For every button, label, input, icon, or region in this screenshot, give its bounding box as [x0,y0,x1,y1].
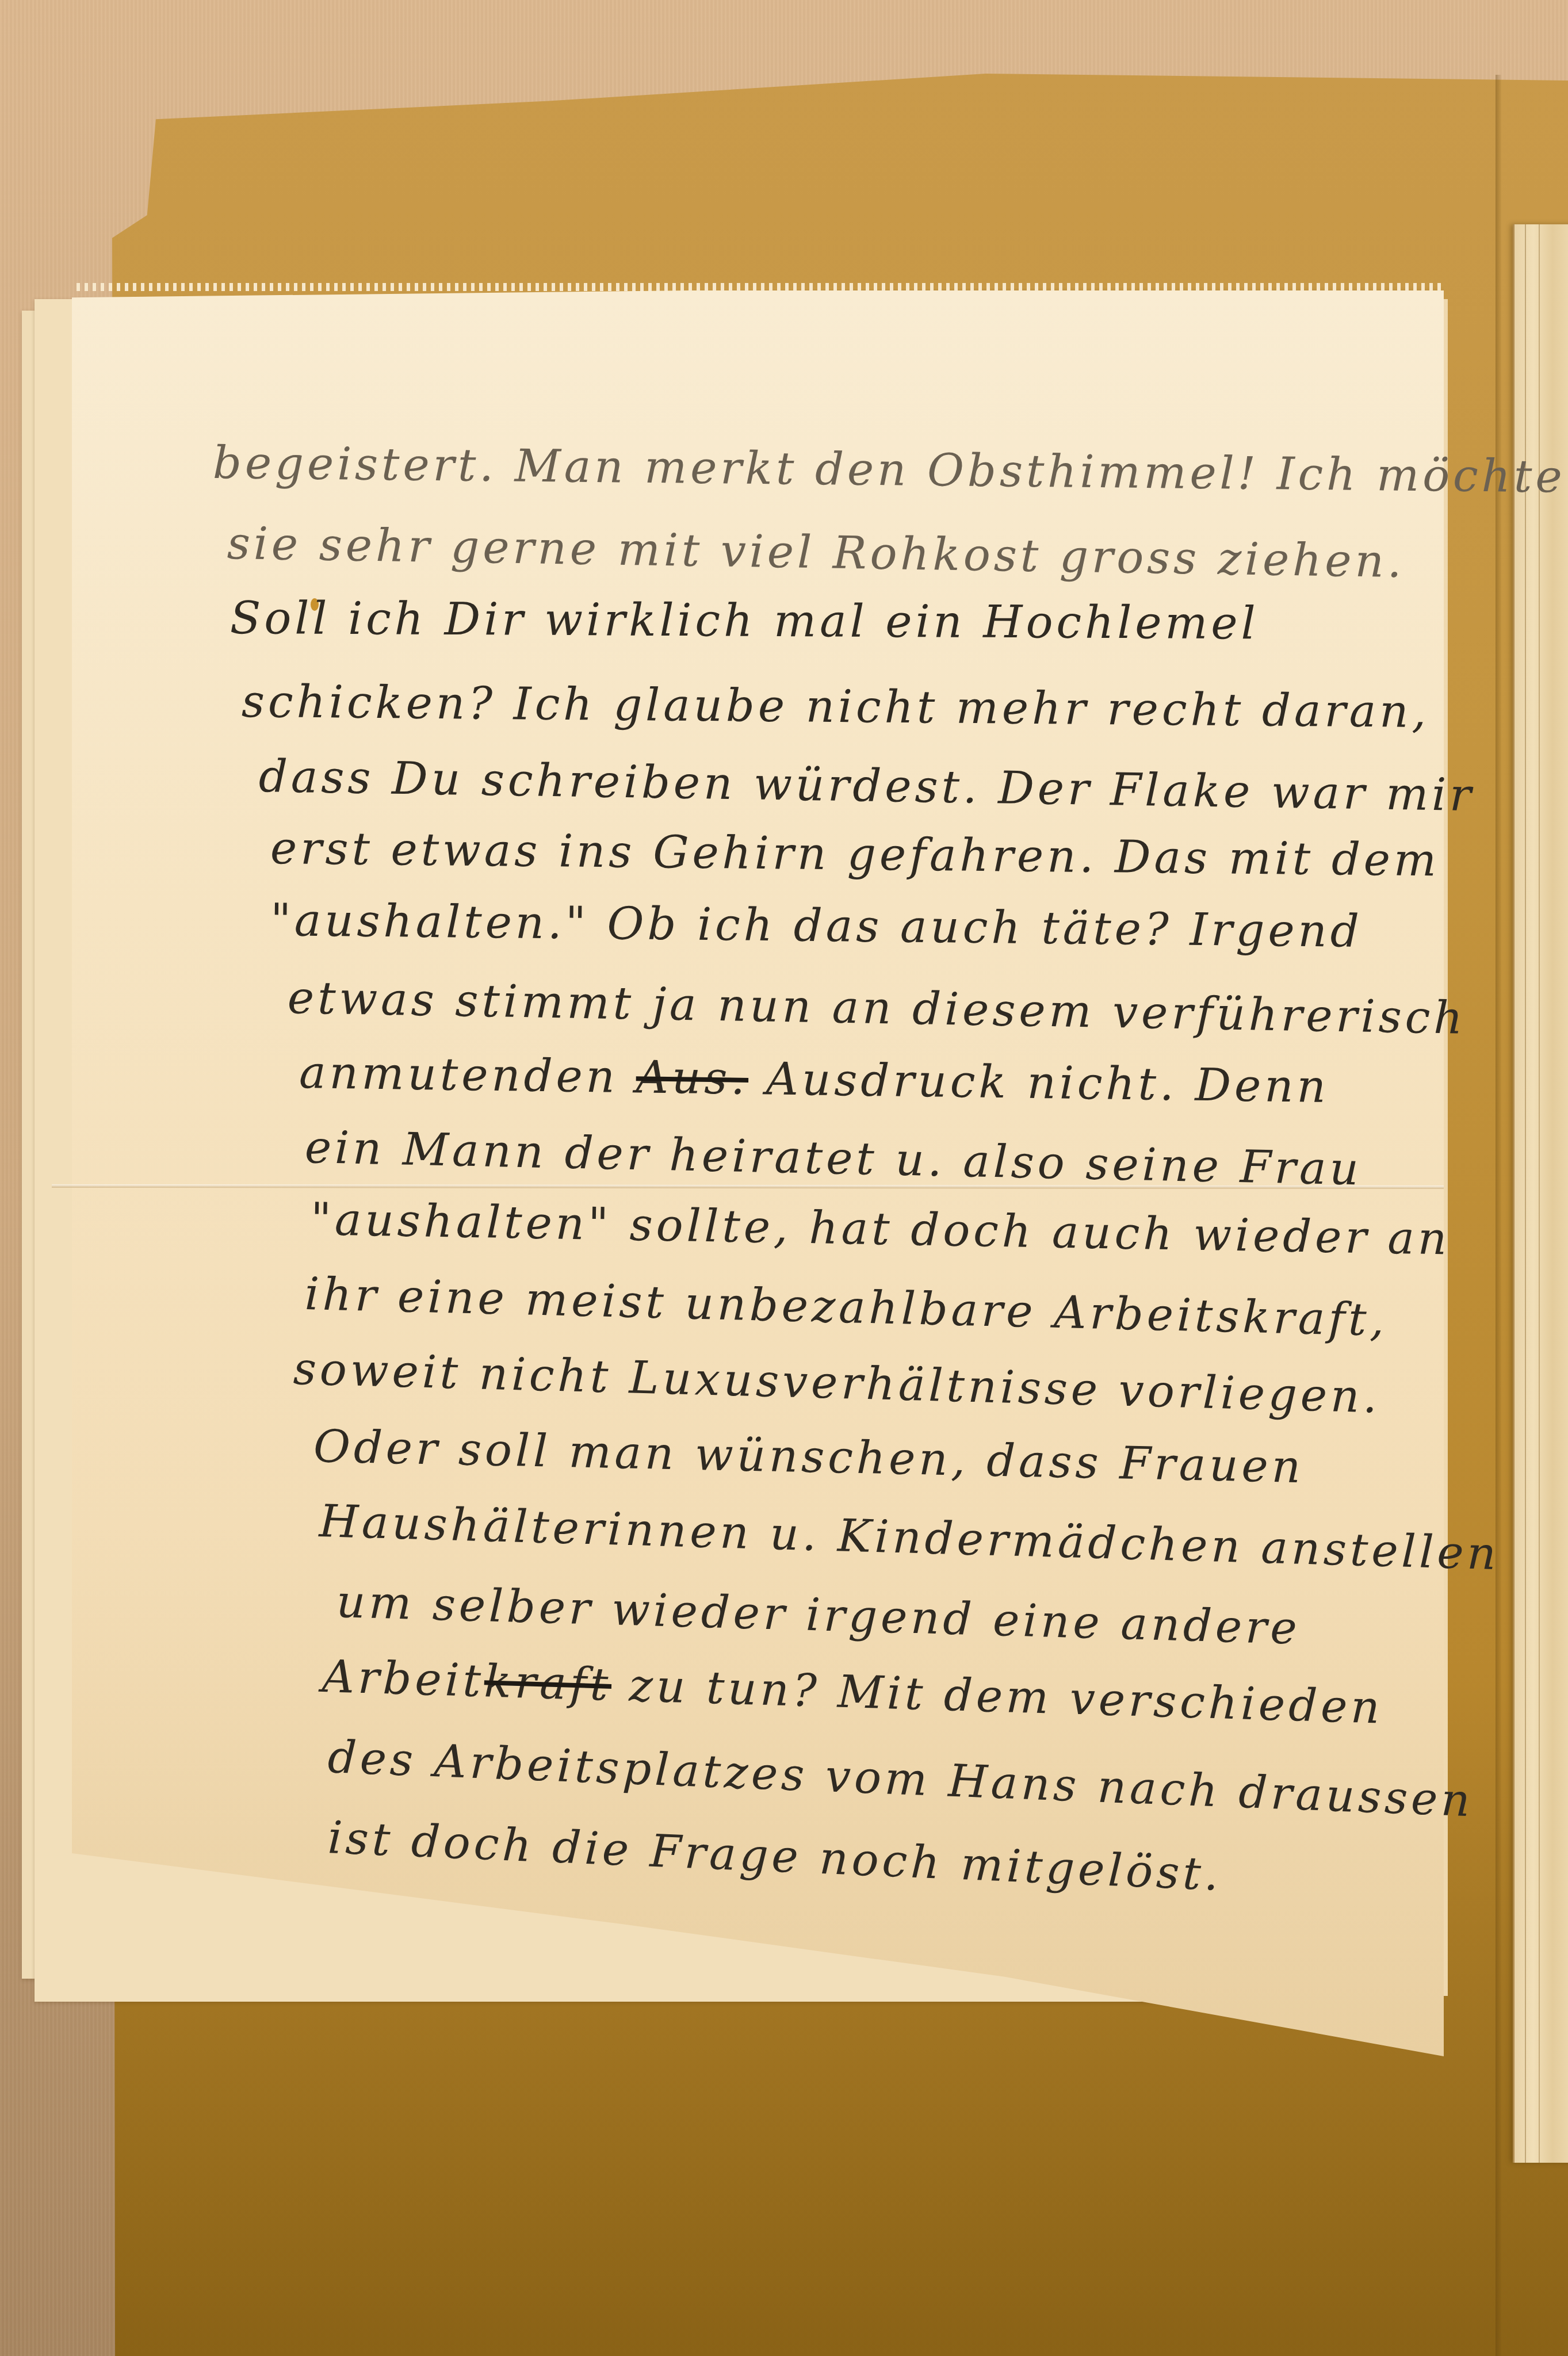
text-line: schicken? Ich glaube nicht mehr recht da… [242,676,1430,738]
text-segment: Ausdruck nicht. Denn [748,1053,1329,1113]
folder-spine [1496,75,1501,2356]
paper-stack-right [1513,224,1568,2163]
perforated-top-edge [72,283,1444,291]
struck-out-word: Aus. [636,1051,749,1105]
text-segment: anmutenden [299,1047,636,1103]
struck-out-word: kraft [484,1655,613,1711]
text-line: Soll ich Dir wirklich mal ein Hochlemel [230,592,1259,649]
text-segment: Arbeit [322,1651,485,1707]
